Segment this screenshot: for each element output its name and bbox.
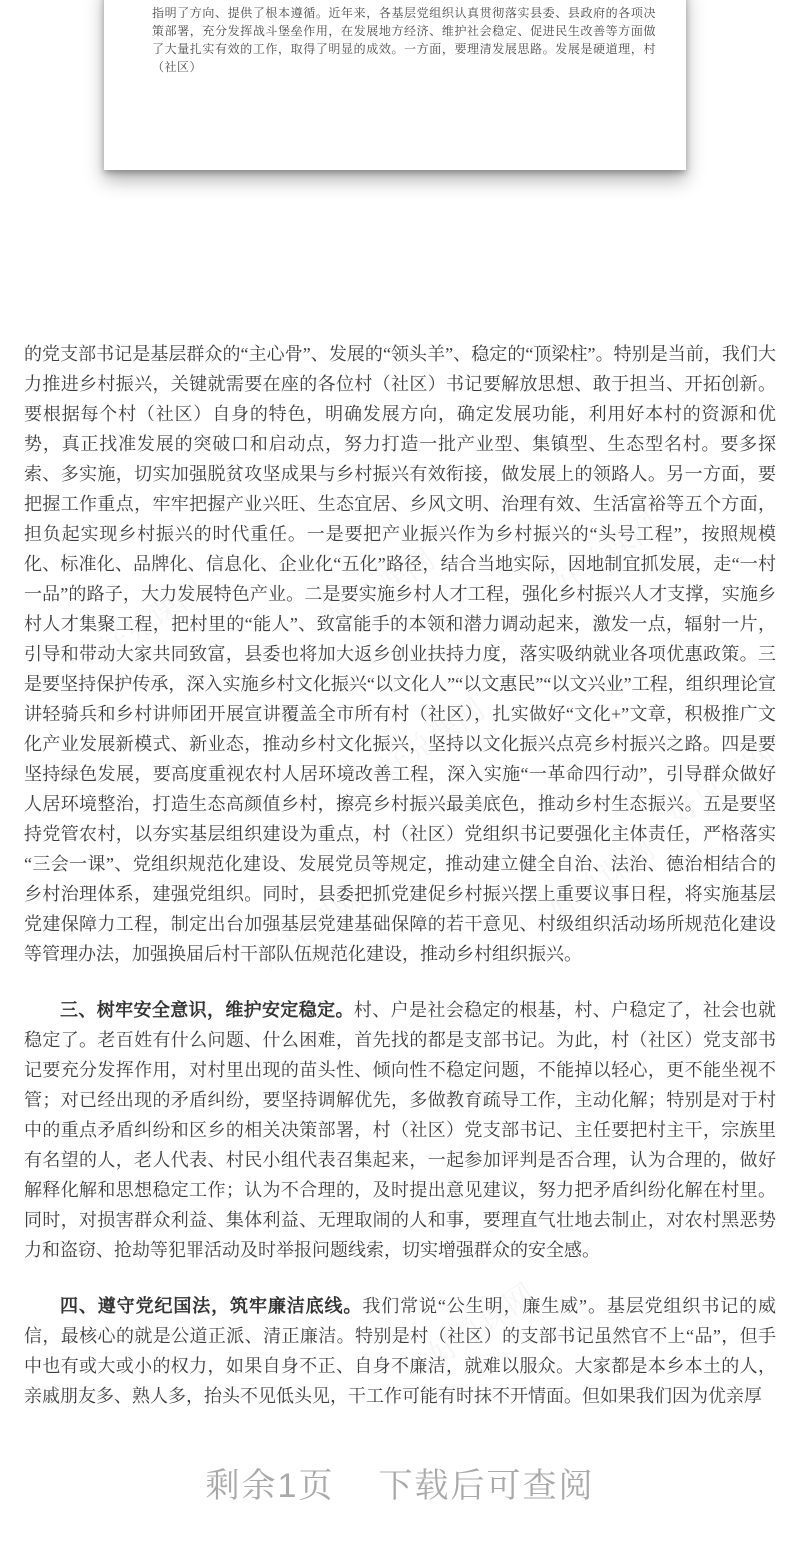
paragraph-text: 村、户是社会稳定的根基，村、户稳定了，社会也就稳定了。老百姓有什么问题、什么困难… (24, 1000, 776, 1260)
paragraph-section-4: 四、遵守党纪国法，筑牢廉洁底线。我们常说“公生明，廉生威”。基层党组织书记的威信… (24, 1291, 776, 1411)
paragraph-continued: 的党支部书记是基层群众的“主心骨”、发展的“领头羊”、稳定的“顶梁柱”。特别是当… (24, 339, 776, 969)
page-thumbnail-text: 指明了方向、提供了根本遵循。近年来，各基层党组织认真贯彻落实县委、县政府的各项决… (152, 4, 656, 76)
section-heading: 四、遵守党纪国法，筑牢廉洁底线。 (60, 1296, 362, 1316)
section-heading: 三、树牢安全意识，维护安定稳定。 (60, 1000, 354, 1020)
paragraph-text: 的党支部书记是基层群众的“主心骨”、发展的“领头羊”、稳定的“顶梁柱”。特别是当… (24, 344, 776, 964)
download-to-view-label: 下载后可查阅 (378, 1467, 594, 1505)
document-preview-body: 的党支部书记是基层群众的“主心骨”、发展的“领头羊”、稳定的“顶梁柱”。特别是当… (24, 339, 776, 1411)
remaining-pages-hint: 剩余1页下载后可查阅 (0, 1458, 800, 1507)
remaining-pages-label: 剩余1页 (206, 1467, 335, 1505)
page-thumbnail: 指明了方向、提供了根本遵循。近年来，各基层党组织认真贯彻落实县委、县政府的各项决… (104, 0, 686, 170)
paragraph-section-3: 三、树牢安全意识，维护安定稳定。村、户是社会稳定的根基，村、户稳定了，社会也就稳… (24, 995, 776, 1265)
